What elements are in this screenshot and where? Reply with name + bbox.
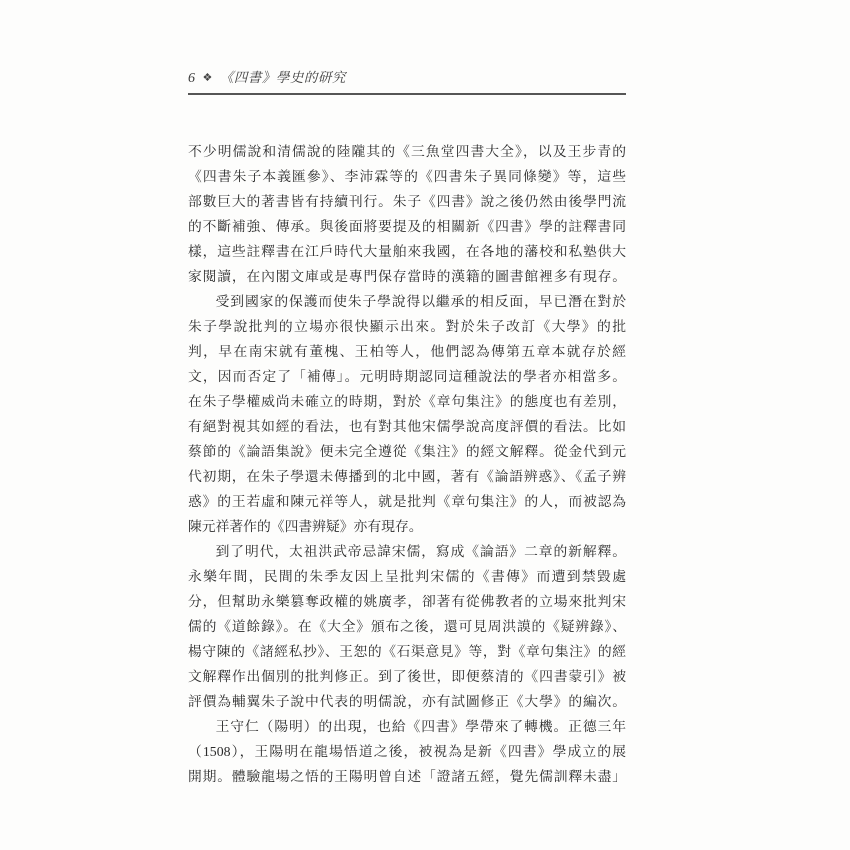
text-line: 儒的《道餘錄》。在《大全》頒布之後，還可見周洪謨的《疑辨錄》、	[188, 614, 626, 639]
text-line: 部數巨大的著書皆有持續刊行。朱子《四書》說之後仍然由後學門流	[188, 189, 626, 214]
text-line: 開期。體驗龍場之悟的王陽明曾自述「證諸五經，覺先儒訓釋未盡」	[188, 764, 626, 789]
text-line: 分，但幫助永樂篡奪政權的姚廣孝，卻著有從佛教者的立場來批判宋	[188, 589, 626, 614]
text-line: 惑》的王若虛和陳元祥等人，就是批判《章句集注》的人，而被認為	[188, 489, 626, 514]
diamond-ornament-icon: ❖	[203, 71, 213, 84]
text-line: 永樂年間，民間的朱季友因上呈批判宋儒的《書傳》而遭到禁毀處	[188, 564, 626, 589]
page-number: 6	[188, 71, 196, 87]
page-content: 6 ❖ 《四書》學史的研究 不少明儒說和清儒說的陸隴其的《三魚堂四書大全》，以及…	[188, 66, 626, 789]
text-line: 文解釋作出個別的批判修正。到了後世，即便蔡清的《四書蒙引》被	[188, 664, 626, 689]
text-line: 的不斷補強、傳承。與後面將要提及的相關新《四書》學的註釋書同	[188, 214, 626, 239]
text-line: 評價為輔翼朱子說中代表的明儒說，亦有試圖修正《大學》的編次。	[188, 689, 626, 714]
text-line: （1508），王陽明在龍場悟道之後，被視為是新《四書》學成立的展	[188, 739, 626, 764]
text-line: 《四書朱子本義匯參》、李沛霖等的《四書朱子異同條變》等，這些	[188, 164, 626, 189]
text-line: 判，早在南宋就有董槐、王柏等人，他們認為傳第五章本就存於經	[188, 339, 626, 364]
text-line: 在朱子學權威尚未確立的時期，對於《章句集注》的態度也有差別，	[188, 389, 626, 414]
text-line: 朱子學說批判的立場亦很快顯示出來。對於朱子改訂《大學》的批	[188, 314, 626, 339]
text-line: 有絕對視其如經的看法，也有對其他宋儒學說高度評價的看法。比如	[188, 414, 626, 439]
text-line: 家閱讀，在內閣文庫或是專門保存當時的漢籍的圖書館裡多有現存。	[188, 264, 626, 289]
text-line: 文，因而否定了「補傳」。元明時期認同這種說法的學者亦相當多。	[188, 364, 626, 389]
text-line: 到了明代，太祖洪武帝忌諱宋儒，寫成《論語》二章的新解釋。	[188, 539, 626, 564]
text-line: 代初期，在朱子學還未傳播到的北中國，著有《論語辨惑》、《孟子辨	[188, 464, 626, 489]
text-line: 王守仁（陽明）的出現，也給《四書》學帶來了轉機。正德三年	[188, 714, 626, 739]
text-line: 不少明儒說和清儒說的陸隴其的《三魚堂四書大全》，以及王步青的	[188, 139, 626, 164]
text-line: 受到國家的保護而使朱子學說得以繼承的相反面，早已潛在對於	[188, 289, 626, 314]
text-line: 樣，這些註釋書在江戶時代大量舶來我國，在各地的藩校和私塾供大	[188, 239, 626, 264]
running-title: 《四書》學史的研究	[220, 66, 346, 86]
text-line: 蔡節的《論語集說》便未完全遵從《集注》的經文解釋。從金代到元	[188, 439, 626, 464]
running-header: 6 ❖ 《四書》學史的研究	[188, 66, 626, 95]
book-page: 6 ❖ 《四書》學史的研究 不少明儒說和清儒說的陸隴其的《三魚堂四書大全》，以及…	[0, 0, 850, 850]
body-text: 不少明儒說和清儒說的陸隴其的《三魚堂四書大全》，以及王步青的《四書朱子本義匯參》…	[188, 139, 626, 789]
text-line: 楊守陳的《諸經私抄》、王恕的《石渠意見》等，對《章句集注》的經	[188, 639, 626, 664]
text-line: 陳元祥著作的《四書辨疑》亦有現存。	[188, 514, 626, 539]
